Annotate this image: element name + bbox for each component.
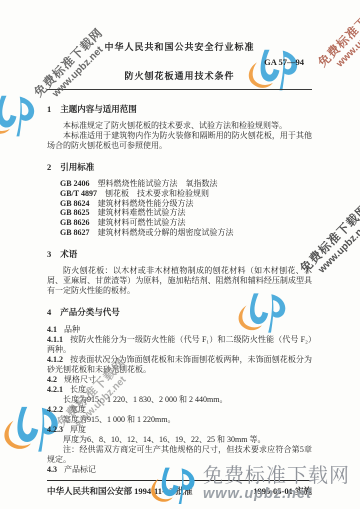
section-number: 2 xyxy=(47,162,51,172)
clause-row: 4.2规格尺寸 xyxy=(47,375,312,385)
clause-number: 4.1.2 xyxy=(47,355,63,364)
section-number: 3 xyxy=(47,249,51,259)
reference-row: GB 8624建筑材料燃烧性能分级方法 xyxy=(60,199,312,209)
watermark-site-name: 免费标准下载网 xyxy=(304,0,360,81)
footer: 中华人民共和国公安部 1994-11-02 批准 1995-05-01 实施 xyxy=(47,485,312,497)
ref-code: GB 8627 xyxy=(60,228,90,237)
ref-title: 建筑材料可燃性试验方法 xyxy=(98,218,186,227)
ref-title: 建筑材料燃烧性能分级方法 xyxy=(98,199,194,208)
clause-text: 按防火性能分为一级防火性能（代号 F₁）和二级防火性能（代号 F₂）两种。 xyxy=(47,335,312,354)
reference-row: GB 8625建筑材料难燃性试验方法 xyxy=(60,208,312,218)
clause-text: 厚度为6、8、10、12、14、16、19、22、25 和 30mm 等。 xyxy=(63,435,265,444)
footer-implementation: 1995-05-01 实施 xyxy=(253,485,312,497)
clause-row: 4.2.1长度 xyxy=(47,385,312,395)
section-3-heading: 3术语 xyxy=(47,248,312,260)
clause-text: 规格尺寸 xyxy=(64,375,96,384)
clause-number: 4.2 xyxy=(47,375,57,384)
clause-number: 4.2.1 xyxy=(47,385,63,394)
ref-code: GB 2406 xyxy=(60,179,90,188)
clause-row: 4.2.2宽度 xyxy=(47,405,312,415)
footer-rule xyxy=(47,480,312,481)
ref-title: 建筑材料燃烧或分解的烟密度试验方法 xyxy=(98,228,234,237)
ref-title: 塑料燃烧性能试验方法 氧指数法 xyxy=(98,179,218,188)
clause-text: 宽度 xyxy=(70,405,86,414)
clause-text: 按表面状况分为饰面刨花板和未饰面刨花板两种，未饰面刨花板分为砂光刨花板和未砂光刨… xyxy=(47,355,312,374)
clause-text: 品种 xyxy=(64,325,80,334)
clause-number: 4.3 xyxy=(47,465,57,474)
clause-row: 4.1.1按防火性能分为一级防火性能（代号 F₁）和二级防火性能（代号 F₂）两… xyxy=(47,335,312,355)
paragraph: 本标准规定了防火刨花板的技术要求、试验方法和检验规则等。 xyxy=(47,121,312,131)
clause-row: 厚度为6、8、10、12、14、16、19、22、25 和 30mm 等。 xyxy=(47,435,312,445)
paragraph: 本标准适用于建筑物内作为防火装修和隔断用的防火刨花板，用于其他场合的防火刨花板也… xyxy=(47,131,312,151)
clause-number: 4.1 xyxy=(47,325,57,334)
clause-row: 4.3产品标记 xyxy=(47,465,312,475)
document-content: 中华人民共和国公共安全行业标准 GA 57—94 防火刨花板通用技术条件 1主题… xyxy=(47,0,312,497)
watermark-diagonal-red: 免费标准下载网 www.upbz.net xyxy=(304,0,360,88)
standard-org-line: 中华人民共和国公共安全行业标准 xyxy=(47,40,312,53)
doc-title: 防火刨花板通用技术条件 xyxy=(47,69,312,82)
section-1-heading: 1主题内容与适用范围 xyxy=(47,103,312,115)
note-line: 注：经供需双方商定可生产其他规格的尺寸，但技术要求应符合第5章规定。 xyxy=(47,445,312,465)
section-4-heading: 4产品分类与代号 xyxy=(47,306,312,318)
upbz-logo xyxy=(0,86,38,142)
section-title: 主题内容与适用范围 xyxy=(60,104,137,114)
clause-text: 长度为915、1 220、1 830、2 000 和 2 440mm。 xyxy=(63,395,227,404)
clause-number: 4.2.3 xyxy=(47,425,63,434)
section-2-heading: 2引用标准 xyxy=(47,161,312,173)
ref-code: GB 8626 xyxy=(60,218,90,227)
section-number: 1 xyxy=(47,104,51,114)
ref-code: GB/T 4897 xyxy=(60,189,97,198)
ref-code: GB 8625 xyxy=(60,208,90,217)
reference-list: GB 2406塑料燃烧性能试验方法 氧指数法 GB/T 4897刨花板 技术要求… xyxy=(60,179,312,238)
document-page: 免费标准下载网 www.upbz.net 免费标准下载网 www.upbz.ne… xyxy=(0,0,360,509)
ref-code: GB 8624 xyxy=(60,199,90,208)
clause-list: 4.1品种 4.1.1按防火性能分为一级防火性能（代号 F₁）和二级防火性能（代… xyxy=(47,325,312,475)
section-title: 引用标准 xyxy=(60,162,94,172)
clause-text: 注：经供需双方商定可生产其他规格的尺寸，但技术要求应符合第5章规定。 xyxy=(47,445,312,464)
ref-title: 刨花板 技术要求和检验规则 xyxy=(105,189,209,198)
clause-row: 宽度为915、1 000 和 1 220mm。 xyxy=(47,415,312,425)
section-title: 产品分类与代号 xyxy=(60,307,120,317)
footer-approval: 中华人民共和国公安部 1994-11-02 批准 xyxy=(47,485,192,497)
header-rule xyxy=(47,89,312,90)
clause-text: 宽度为915、1 000 和 1 220mm。 xyxy=(63,415,175,424)
clause-row: 4.1品种 xyxy=(47,325,312,335)
clause-number: 4.2.2 xyxy=(47,405,63,414)
section-title: 术语 xyxy=(60,249,77,259)
reference-row: GB/T 4897刨花板 技术要求和检验规则 xyxy=(60,189,312,199)
section-number: 4 xyxy=(47,307,51,317)
doc-code: GA 57—94 xyxy=(47,57,304,67)
reference-row: GB 8626建筑材料可燃性试验方法 xyxy=(60,218,312,228)
clause-row: 4.1.2按表面状况分为饰面刨花板和未饰面刨花板两种，未饰面刨花板分为砂光刨花板… xyxy=(47,355,312,375)
reference-row: GB 8627建筑材料燃烧或分解的烟密度试验方法 xyxy=(60,228,312,238)
clause-row: 4.2.3厚度 xyxy=(47,425,312,435)
watermark-site-url: www.upbz.net xyxy=(316,0,360,88)
clause-text: 长度 xyxy=(70,385,86,394)
clause-number: 4.1.1 xyxy=(47,335,63,344)
ref-title: 建筑材料难燃性试验方法 xyxy=(98,208,186,217)
clause-text: 厚度 xyxy=(70,425,86,434)
clause-row: 长度为915、1 220、1 830、2 000 和 2 440mm。 xyxy=(47,395,312,405)
clause-text: 产品标记 xyxy=(64,465,96,474)
reference-row: GB 2406塑料燃烧性能试验方法 氧指数法 xyxy=(60,179,312,189)
paragraph: 防火刨花板：以木材或非木材植物制成的刨花材料（如木材刨花、木屑、亚麻屑、甘蔗渣等… xyxy=(47,266,312,296)
